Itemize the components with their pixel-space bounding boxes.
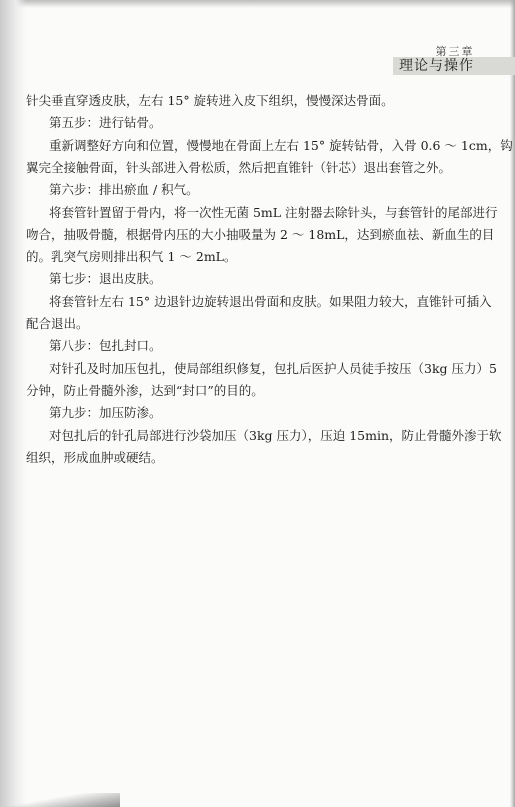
- paragraph-line: 翼完全接触骨面，针头部进入骨松质，然后把直锥针（针芯）退出套管之外。: [26, 160, 451, 176]
- step-seven-heading: 第七步：退出皮肤。: [49, 271, 162, 287]
- page-edge-shadow-top: [0, 0, 515, 8]
- step-six-heading: 第六步：排出瘀血 / 积气。: [49, 182, 199, 198]
- paragraph-line: 将套管针左右 15° 边退针边旋转退出骨面和皮肤。如果阻力较大，直锥针可插入: [49, 294, 492, 310]
- paragraph-line: 组织，形成血肿或硬结。: [26, 450, 164, 466]
- paragraph-line: 的。乳突气房则排出积气 1 ～ 2mL。: [26, 249, 236, 265]
- paragraph-line: 分钟，防止骨髓外渗，达到“封口”的目的。: [26, 383, 264, 399]
- step-five-heading: 第五步：进行钻骨。: [49, 115, 162, 131]
- page-edge-shadow-right: [510, 0, 515, 807]
- chapter-title: 理论与操作: [393, 57, 515, 75]
- paragraph-line: 针尖垂直穿透皮肤，左右 15° 旋转进入皮下组织，慢慢深达骨面。: [26, 93, 394, 109]
- paragraph-line: 配合退出。: [26, 316, 89, 332]
- paragraph-line: 对包扎后的针孔局部进行沙袋加压（3kg 压力），压迫 15min，防止骨髓外渗于…: [49, 428, 502, 444]
- step-nine-heading: 第九步：加压防渗。: [49, 405, 162, 421]
- step-eight-heading: 第八步：包扎封口。: [49, 338, 162, 354]
- page-edge-shadow-bottom: [0, 793, 120, 807]
- paragraph-line: 吻合，抽吸骨髓，根据骨内压的大小抽吸量为 2 ～ 18mL，达到瘀血祛、新血生的…: [26, 227, 494, 243]
- paragraph-line: 对针孔及时加压包扎，使局部组织修复，包扎后医护人员徒手按压（3kg 压力）5: [49, 361, 497, 377]
- paragraph-line: 将套管针置留于骨内，将一次性无菌 5mL 注射器去除针头，与套管针的尾部进行: [49, 205, 498, 221]
- paragraph-line: 重新调整好方向和位置，慢慢地在骨面上左右 15° 旋转钻骨，入骨 0.6 ～ 1…: [49, 138, 513, 154]
- page-binding-shadow: [0, 0, 26, 807]
